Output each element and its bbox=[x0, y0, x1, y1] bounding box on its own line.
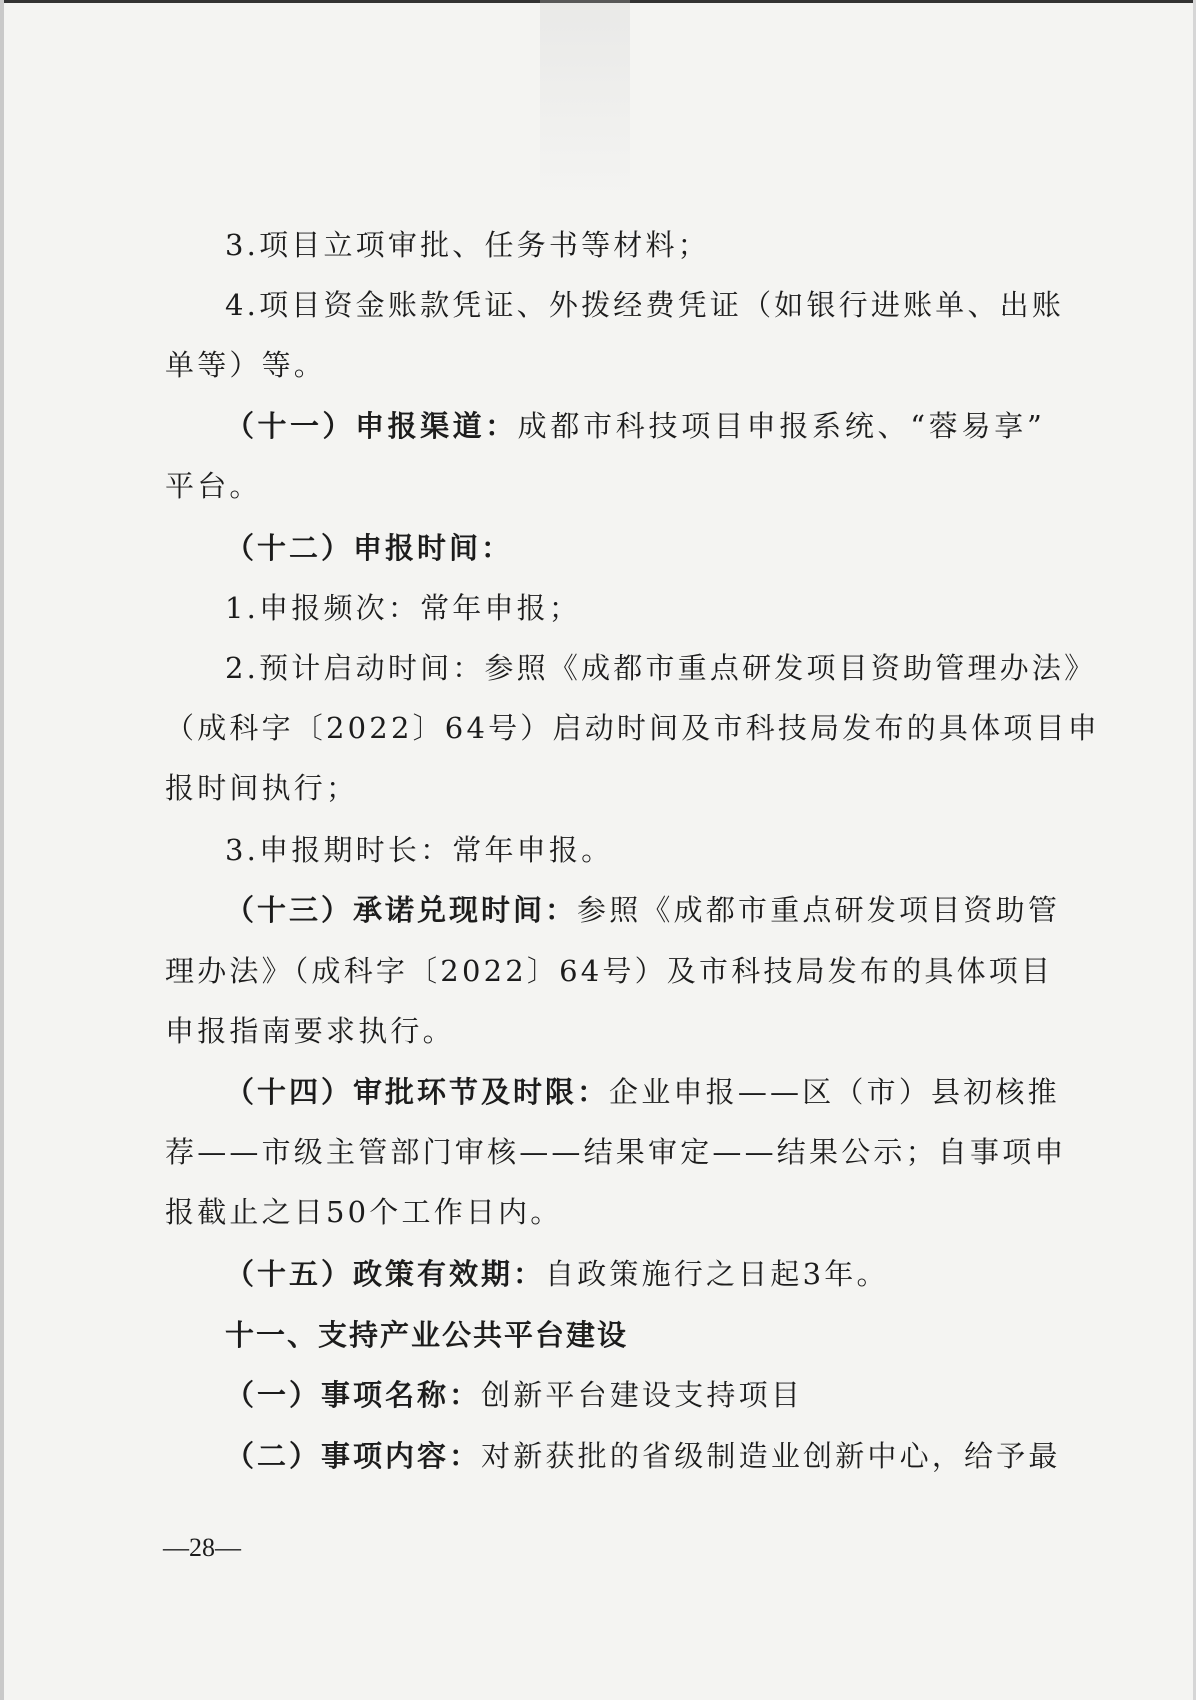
list-item-materials-3: 3.项目立项审批、任务书等材料； bbox=[225, 225, 1045, 265]
section-application-channel-cont: 平台。 bbox=[165, 466, 1045, 506]
section-commitment-time: （十三）承诺兑现时间：参照《成都市重点研发项目资助管 bbox=[225, 890, 1045, 930]
section-policy-validity: （十五）政策有效期：自政策施行之日起3年。 bbox=[225, 1254, 1045, 1294]
list-item-time-1: 1.申报频次：常年申报； bbox=[225, 588, 1045, 628]
line-text: 2.预计启动时间：参照《成都市重点研发项目资助管理办法》 bbox=[225, 651, 1096, 685]
section-text: 自政策施行之日起3年。 bbox=[545, 1257, 889, 1291]
page-number: —28— bbox=[163, 1530, 241, 1566]
line-text: 报时间执行； bbox=[165, 771, 358, 805]
line-text: 4.项目资金账款凭证、外拨经费凭证（如银行进账单、出账 bbox=[225, 288, 1064, 322]
section-label: （二）事项内容： bbox=[225, 1439, 481, 1473]
chapter-heading: 十一、支持产业公共平台建设 bbox=[225, 1315, 1045, 1355]
section-label: （十五）政策有效期： bbox=[225, 1257, 545, 1291]
line-text: 3.项目立项审批、任务书等材料； bbox=[225, 228, 710, 262]
section-label: （十一）申报渠道： bbox=[225, 409, 518, 443]
document-page: 3.项目立项审批、任务书等材料； 4.项目资金账款凭证、外拨经费凭证（如银行进账… bbox=[0, 0, 1196, 1700]
section-text: 企业申报——区（市）县初核推 bbox=[609, 1075, 1060, 1109]
line-text: 单等）等。 bbox=[165, 348, 326, 382]
section-label: （十二）申报时间： bbox=[225, 531, 513, 565]
heading-text: 十一、支持产业公共平台建设 bbox=[225, 1318, 628, 1352]
list-item-time-3: 3.申报期时长：常年申报。 bbox=[225, 830, 1045, 870]
section-item-name: （一）事项名称：创新平台建设支持项目 bbox=[225, 1375, 1045, 1415]
section-label: （十四）审批环节及时限： bbox=[225, 1075, 609, 1109]
section-application-channel: （十一）申报渠道：成都市科技项目申报系统、“蓉易享” bbox=[225, 406, 1045, 446]
section-approval-process: （十四）审批环节及时限：企业申报——区（市）县初核推 bbox=[225, 1072, 1045, 1112]
section-label: （一）事项名称： bbox=[225, 1378, 481, 1412]
section-text: 成都市科技项目申报系统、“蓉易享” bbox=[518, 409, 1045, 443]
section-text: 参照《成都市重点研发项目资助管 bbox=[577, 893, 1060, 927]
list-item-time-2: 2.预计启动时间：参照《成都市重点研发项目资助管理办法》 bbox=[225, 648, 1045, 688]
section-label: （十三）承诺兑现时间： bbox=[225, 893, 577, 927]
section-approval-process-cont: 荐——市级主管部门审核——结果审定——结果公示；自事项申 bbox=[165, 1132, 1045, 1172]
line-text: 荐——市级主管部门审核——结果审定——结果公示；自事项申 bbox=[165, 1135, 1067, 1169]
section-commitment-time-cont: 理办法》（成科字〔2022〕64号）及市科技局发布的具体项目 bbox=[165, 951, 1045, 991]
section-text: 创新平台建设支持项目 bbox=[481, 1378, 803, 1412]
section-text: 对新获批的省级制造业创新中心，给予最 bbox=[481, 1439, 1061, 1473]
line-text: 理办法》（成科字〔2022〕64号）及市科技局发布的具体项目 bbox=[165, 954, 1053, 988]
list-item-time-2-cont: （成科字〔2022〕64号）启动时间及市科技局发布的具体项目申 bbox=[165, 708, 1045, 748]
line-text: 报截止之日50个工作日内。 bbox=[165, 1195, 563, 1229]
line-text: （成科字〔2022〕64号）启动时间及市科技局发布的具体项目申 bbox=[165, 711, 1100, 745]
line-text: 1.申报频次：常年申报； bbox=[225, 591, 581, 625]
line-text: 平台。 bbox=[165, 469, 262, 503]
line-text: 3.申报期时长：常年申报。 bbox=[225, 833, 613, 867]
section-approval-process-cont2: 报截止之日50个工作日内。 bbox=[165, 1192, 1045, 1232]
list-item-materials-4: 4.项目资金账款凭证、外拨经费凭证（如银行进账单、出账 bbox=[225, 285, 1045, 325]
list-item-materials-4-cont: 单等）等。 bbox=[165, 345, 1045, 385]
section-application-time: （十二）申报时间： bbox=[225, 528, 1045, 568]
list-item-time-2-cont2: 报时间执行； bbox=[165, 768, 1045, 808]
section-commitment-time-cont2: 申报指南要求执行。 bbox=[165, 1011, 1045, 1051]
line-text: 申报指南要求执行。 bbox=[165, 1014, 455, 1048]
section-item-content: （二）事项内容：对新获批的省级制造业创新中心，给予最 bbox=[225, 1436, 1045, 1476]
